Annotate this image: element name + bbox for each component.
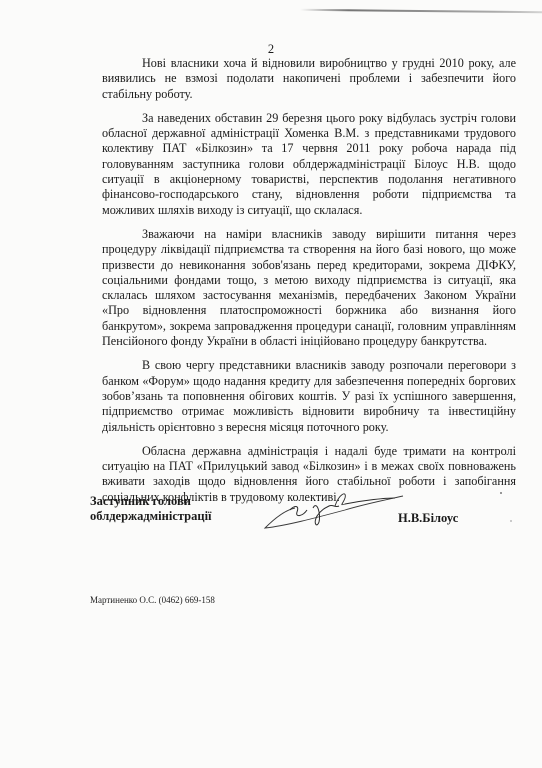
signatory-title-line2: облдержадміністрації [90, 509, 212, 524]
scan-speck [500, 492, 502, 494]
scan-artifact-line [300, 9, 542, 14]
page-number: 2 [0, 42, 542, 57]
paragraph-4: В свою чергу представники власників заво… [102, 358, 516, 434]
signatory-name: Н.В.Білоус [398, 511, 458, 526]
paragraph-3: Зважаючи на наміри власників заводу вирі… [102, 227, 516, 349]
paragraph-2: За наведених обставин 29 березня цього р… [102, 111, 516, 218]
scan-speck [510, 520, 512, 522]
signatory-title-line1: Заступник голови [90, 494, 212, 509]
executor-contact: Мартиненко О.С. (0462) 669-158 [90, 595, 215, 605]
signatory-title: Заступник голови облдержадміністрації [90, 494, 212, 524]
handwritten-signature-icon [255, 488, 405, 538]
letter-body: Нові власники хоча й відновили виробницт… [102, 56, 516, 514]
paragraph-1: Нові власники хоча й відновили виробницт… [102, 56, 516, 102]
document-page: 2 Нові власники хоча й відновили виробни… [0, 0, 542, 768]
